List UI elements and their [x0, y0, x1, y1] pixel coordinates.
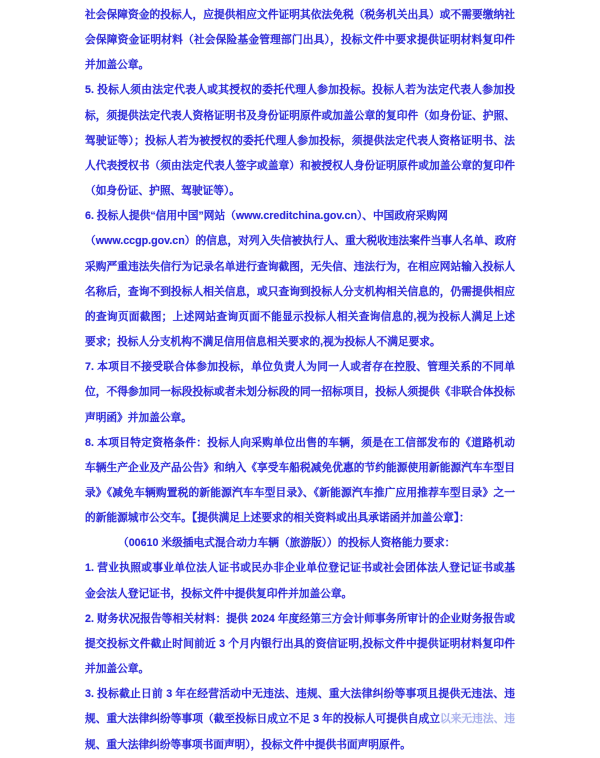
text-line: 7. 本项目不接受联合体参加投标，单位负责人为同一人或者存在控股、管理关系的不同… [85, 355, 515, 380]
text-line: 并加盖公章。 [85, 657, 515, 682]
text-line: 的新能源城市公交车。【提供满足上述要求的相关资料或出具承诺函并加盖公章】： [85, 506, 515, 531]
text-line: 要求；投标人分支机构不满足信用信息相关要求的,视为投标人不满足要求。 [85, 330, 515, 355]
text-run: 驾驶证等）；投标人若为被授权的委托代理人参加投标，须提供法定代表人资格证明书、法 [85, 135, 515, 147]
text-run: 3. 投标截止日前 3 年在经营活动中无违法、违规、重大法律纠纷等事项且提供无违… [85, 688, 515, 700]
text-run: （00610 米级插电式混合动力车辆（旅游版））的投标人资格能力要求： [118, 537, 455, 549]
text-line: 1. 营业执照或事业单位法人证书或民办非企业单位登记证书或社会团体法人登记证书或… [85, 556, 515, 581]
text-line: 3. 投标截止日前 3 年在经营活动中无违法、违规、重大法律纠纷等事项且提供无违… [85, 682, 515, 707]
text-run: 声明函》并加盖公章。 [85, 412, 192, 424]
text-run: 人代表授权书（须由法定代表人签字或盖章）和被授权人身份证明原件或加盖公章的复印件 [85, 160, 515, 172]
text-line: 5. 投标人须由法定代表人或其授权的委托代理人参加投标。投标人若为法定代表人参加… [85, 78, 515, 103]
faded-text-run: 以来无违法、违 [440, 713, 515, 725]
text-run: 会保障资金证明材料（社会保险基金管理部门出具），投标文件中要求提供证明材料复印件 [85, 34, 515, 46]
text-run: 社会保障资金的投标人，应提供相应文件证明其依法免税（税务机关出具）或不需要缴纳社 [85, 9, 515, 21]
text-run: 规、重大法律纠纷等事项书面声明），投标文件中提供书面声明原件。 [85, 739, 411, 751]
text-line: 标，须提供法定代表人资格证明书及身份证明原件或加盖公章的复印件（如身份证、护照、 [85, 104, 515, 129]
text-line: 位，不得参加同一标段投标或者未划分标段的同一招标项目，投标人须提供《非联合体投标 [85, 380, 515, 405]
text-run: 规、重大法律纠纷等事项（截至投标日成立不足 3 年的投标人可提供自成立 [85, 713, 440, 725]
text-line: 金会法人登记证书，投标文件中提供复印件并加盖公章。 [85, 582, 515, 607]
text-run: 位，不得参加同一标段投标或者未划分标段的同一招标项目，投标人须提供《非联合体投标 [85, 386, 515, 398]
text-line: 社会保障资金的投标人，应提供相应文件证明其依法免税（税务机关出具）或不需要缴纳社 [85, 3, 515, 28]
text-run: 金会法人登记证书，投标文件中提供复印件并加盖公章。 [85, 588, 352, 600]
text-run: 并加盖公章。 [85, 59, 149, 71]
text-line: 并加盖公章。 [85, 53, 515, 78]
text-line: 规、重大法律纠纷等事项书面声明），投标文件中提供书面声明原件。 [85, 733, 515, 758]
text-run: 2. 财务状况报告等相关材料：提供 2024 年度经第三方会计师事务所审计的企业… [85, 613, 515, 625]
text-run: （如身份证、护照、驾驶证等）。 [85, 185, 240, 197]
text-run: 的新能源城市公交车。【提供满足上述要求的相关资料或出具承诺函并加盖公章】： [85, 512, 470, 524]
text-line: 录》《减免车辆购置税的新能源汽车车型目录》、《新能源汽车推广应用推荐车型目录》之… [85, 481, 515, 506]
text-line: 提交投标文件截止时间前近 3 个月内银行出具的资信证明,投标文件中提供证明材料复… [85, 632, 515, 657]
text-run: 7. 本项目不接受联合体参加投标，单位负责人为同一人或者存在控股、管理关系的不同… [85, 361, 515, 373]
text-run: 并加盖公章。 [85, 663, 149, 675]
text-line: 8. 本项目特定资格条件：投标人向采购单位出售的车辆，须是在工信部发布的《道路机… [85, 431, 515, 456]
text-run: 要求；投标人分支机构不满足信用信息相关要求的,视为投标人不满足要求。 [85, 336, 441, 348]
text-line: 车辆生产企业及产品公告》和纳入《享受车船税减免优惠的节约能源使用新能源汽车车型目 [85, 456, 515, 481]
text-line: 采购严重违法失信行为记录名单进行查询截图，无失信、违法行为，在相应网站输入投标人 [85, 255, 515, 280]
document-page: 社会保障资金的投标人，应提供相应文件证明其依法免税（税务机关出具）或不需要缴纳社… [0, 0, 600, 758]
text-line: 名称后，查询不到投标人相关信息，或只查询到投标人分支机构相关信息的，仍需提供相应 [85, 280, 515, 305]
text-run: 名称后，查询不到投标人相关信息，或只查询到投标人分支机构相关信息的，仍需提供相应 [85, 286, 515, 298]
text-run: 标，须提供法定代表人资格证明书及身份证明原件或加盖公章的复印件（如身份证、护照、 [85, 110, 515, 122]
text-run: （www.ccgp.gov.cn）的信息，对列入失信被执行人、重大税收违法案件当… [85, 235, 516, 247]
text-line: （www.ccgp.gov.cn）的信息，对列入失信被执行人、重大税收违法案件当… [85, 229, 515, 254]
text-line: 6. 投标人提供“信用中国”网站（www.creditchina.gov.cn）… [85, 204, 515, 229]
text-run: 录》《减免车辆购置税的新能源汽车车型目录》、《新能源汽车推广应用推荐车型目录》之… [85, 487, 515, 499]
text-line: 规、重大法律纠纷等事项（截至投标日成立不足 3 年的投标人可提供自成立以来无违法… [85, 707, 515, 732]
text-line: （如身份证、护照、驾驶证等）。 [85, 179, 515, 204]
text-line: 人代表授权书（须由法定代表人签字或盖章）和被授权人身份证明原件或加盖公章的复印件 [85, 154, 515, 179]
text-line: 会保障资金证明材料（社会保险基金管理部门出具），投标文件中要求提供证明材料复印件 [85, 28, 515, 53]
text-run: 8. 本项目特定资格条件：投标人向采购单位出售的车辆，须是在工信部发布的《道路机… [85, 437, 515, 449]
text-run: 1. 营业执照或事业单位法人证书或民办非企业单位登记证书或社会团体法人登记证书或… [85, 562, 515, 574]
text-run: 5. 投标人须由法定代表人或其授权的委托代理人参加投标。投标人若为法定代表人参加… [85, 84, 515, 96]
text-line: 驾驶证等）；投标人若为被授权的委托代理人参加投标，须提供法定代表人资格证明书、法 [85, 129, 515, 154]
text-run: 车辆生产企业及产品公告》和纳入《享受车船税减免优惠的节约能源使用新能源汽车车型目 [85, 462, 515, 474]
text-line: 的查询页面截图；上述网站查询页面不能显示投标人相关查询信息的,视为投标人满足上述 [85, 305, 515, 330]
text-run: 的查询页面截图；上述网站查询页面不能显示投标人相关查询信息的,视为投标人满足上述 [85, 311, 515, 323]
document-text-block: 社会保障资金的投标人，应提供相应文件证明其依法免税（税务机关出具）或不需要缴纳社… [85, 3, 515, 758]
text-run: 6. 投标人提供“信用中国”网站（www.creditchina.gov.cn）… [85, 210, 448, 222]
text-run: 采购严重违法失信行为记录名单进行查询截图，无失信、违法行为，在相应网站输入投标人 [85, 261, 515, 273]
text-line: 2. 财务状况报告等相关材料：提供 2024 年度经第三方会计师事务所审计的企业… [85, 607, 515, 632]
text-line: （00610 米级插电式混合动力车辆（旅游版））的投标人资格能力要求： [85, 531, 515, 556]
text-line: 声明函》并加盖公章。 [85, 406, 515, 431]
text-run: 提交投标文件截止时间前近 3 个月内银行出具的资信证明,投标文件中提供证明材料复… [85, 638, 515, 650]
